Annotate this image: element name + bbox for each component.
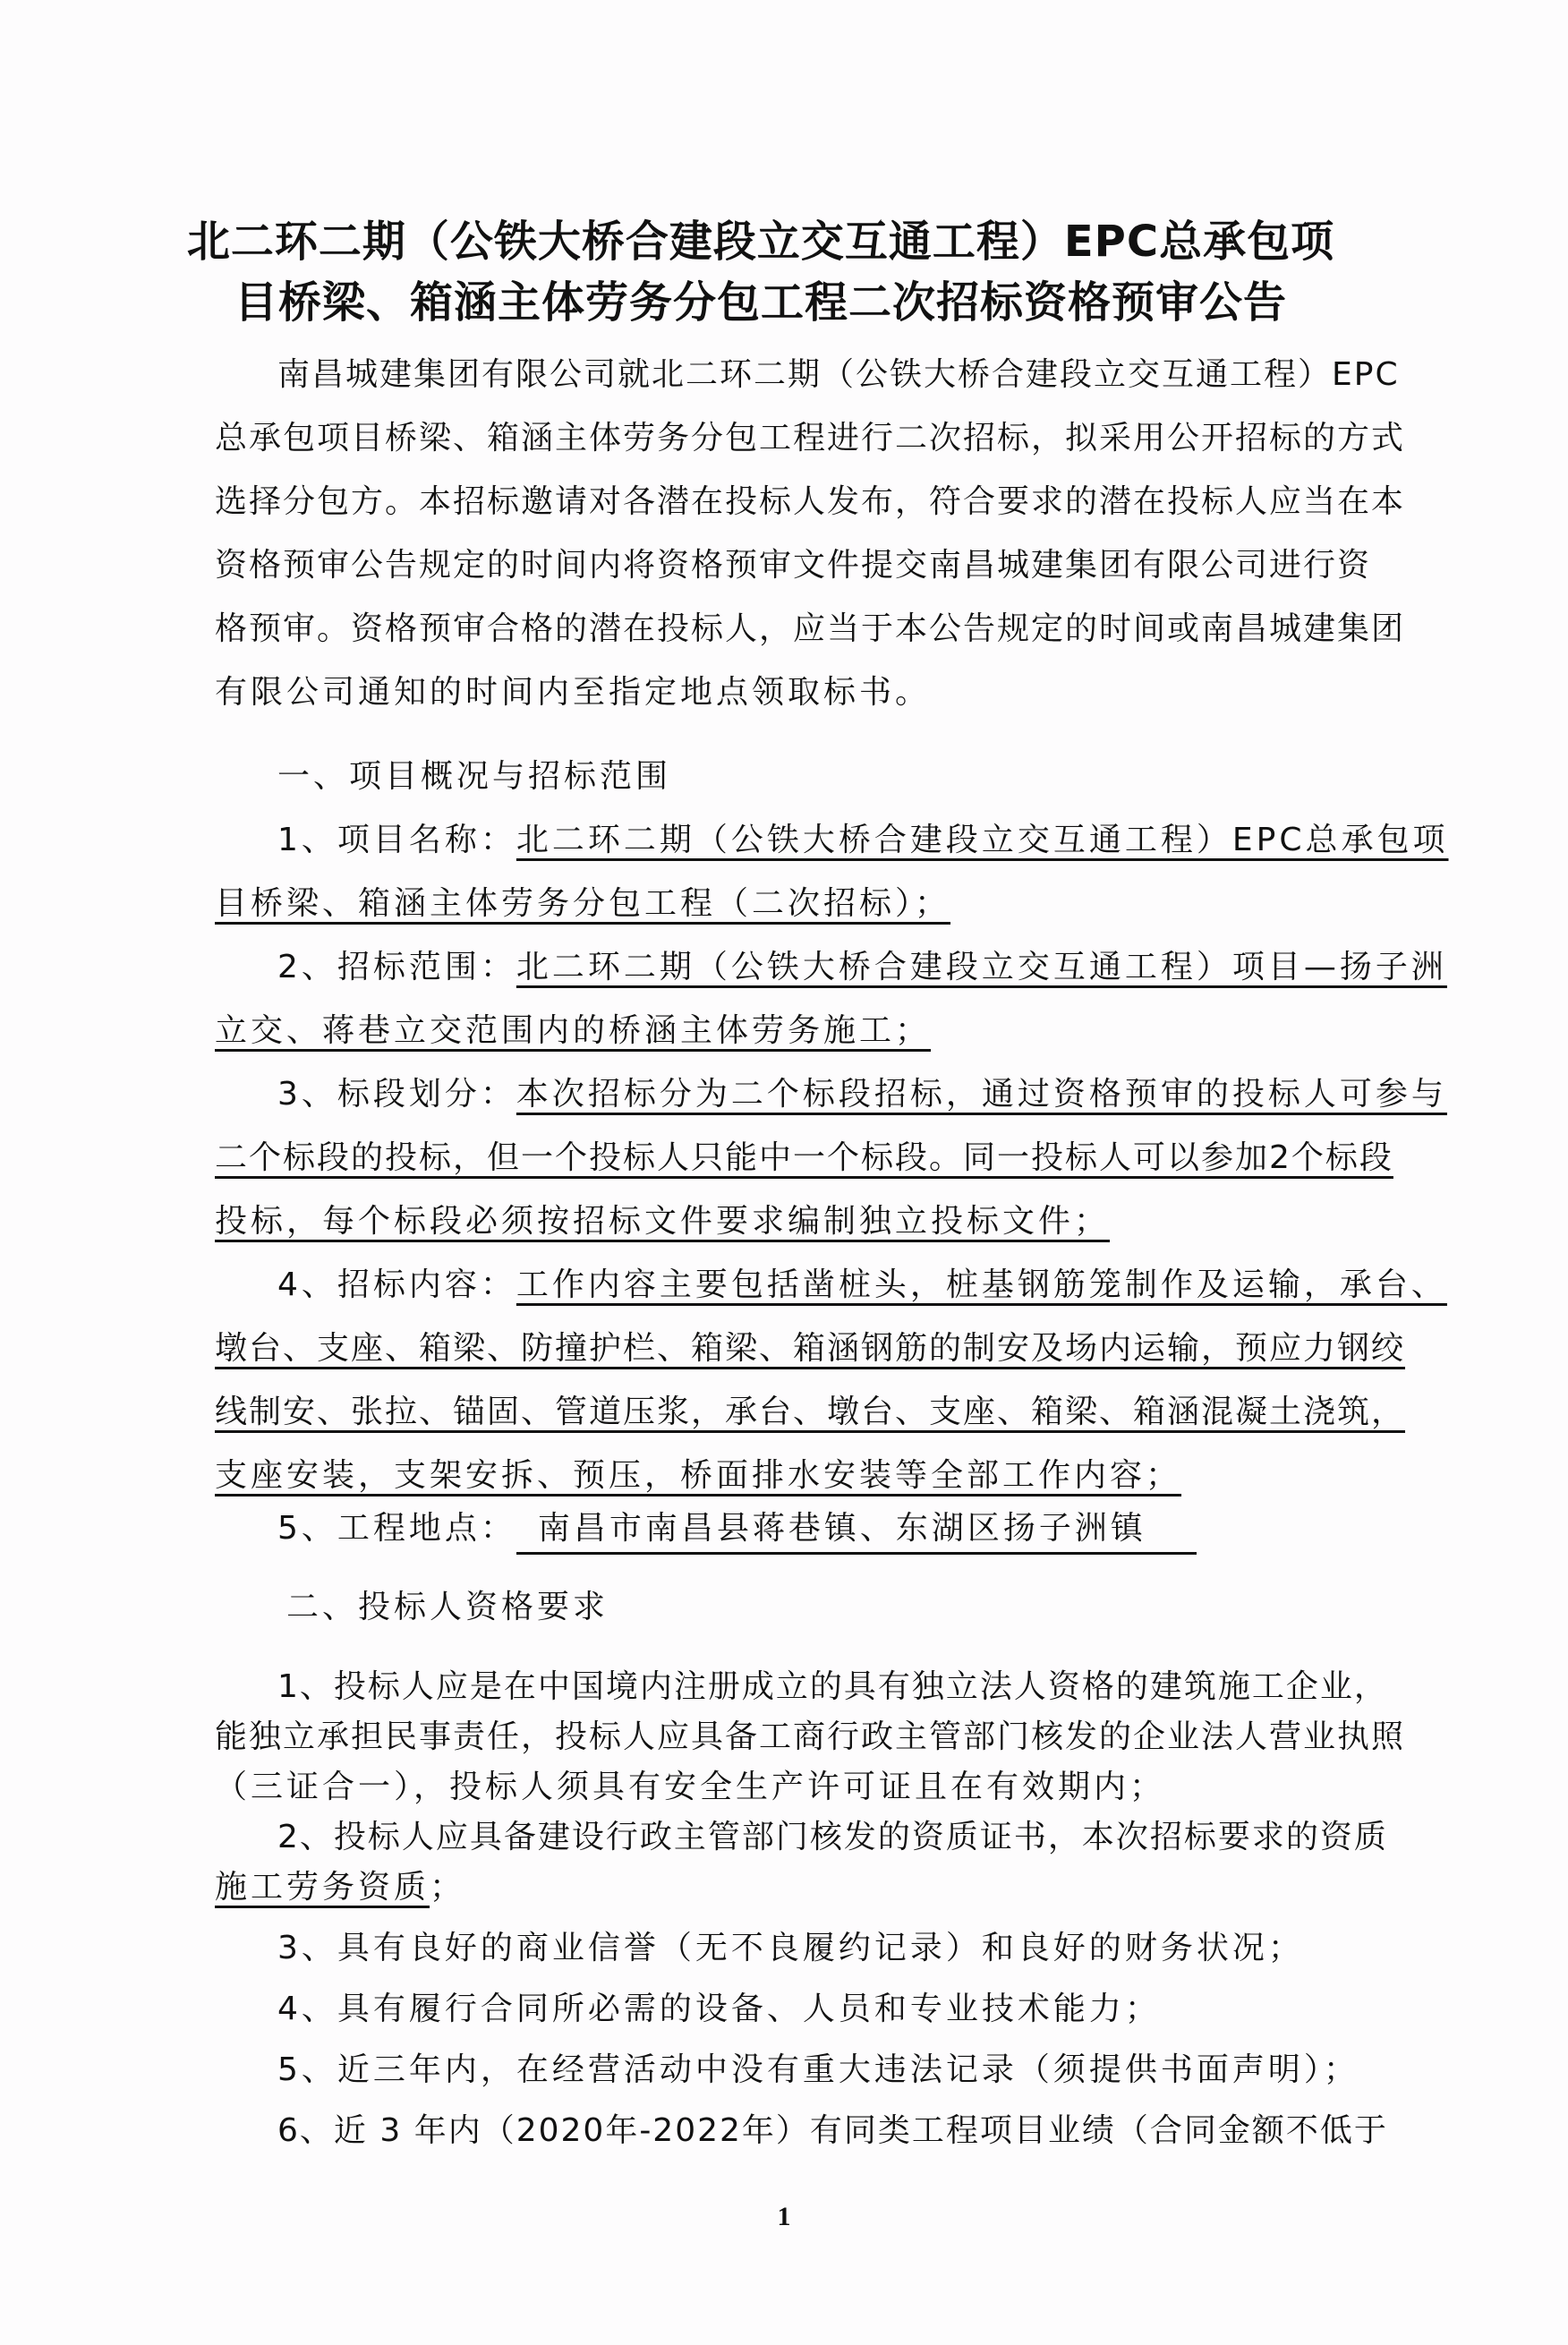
item-label: 3、标段划分： <box>277 1076 516 1113</box>
qualification-line: 5、近三年内，在经营活动中没有重大违法记录（须提供书面声明）； <box>277 2050 1359 2091</box>
item-value-continued: 线制安、张拉、锚固、管道压浆，承台、墩台、支座、箱梁、箱涵混凝土浇筑， <box>215 1392 1334 1433</box>
page-number: 1 <box>0 2202 1568 2232</box>
qualification-line: 2、投标人应具备建设行政主管部门核发的资质证书，本次招标要求的资质 <box>277 1817 1334 1858</box>
item-value: 工作内容主要包括凿桩头，桩基钢筋笼制作及运输，承台、 <box>516 1266 1447 1303</box>
item-value-continued: 支座安装，支架安拆、预压，桥面排水安装等全部工作内容； <box>215 1455 1181 1497</box>
item-tender-scope: 2、招标范围：北二环二期（公铁大桥合建段立交互通工程）项目—扬子洲 <box>277 947 1447 988</box>
intro-line: 选择分包方。本招标邀请对各潜在投标人发布，符合要求的潜在投标人应当在本 <box>215 482 1334 523</box>
intro-line: 总承包项目桥梁、箱涵主体劳务分包工程进行二次招标，拟采用公开招标的方式 <box>215 418 1334 459</box>
item-value-continued: 立交、蒋巷立交范围内的桥涵主体劳务施工； <box>215 1010 931 1052</box>
qualification-line: 能独立承担民事责任，投标人应具备工商行政主管部门核发的企业法人营业执照 <box>215 1717 1334 1758</box>
item-value: 北二环二期（公铁大桥合建段立交互通工程）项目—扬子洲 <box>516 949 1447 985</box>
required-qualification: 施工劳务资质 <box>215 1869 430 1906</box>
item-tender-content: 4、招标内容：工作内容主要包括凿桩头，桩基钢筋笼制作及运输，承台、 <box>277 1265 1447 1306</box>
qualification-line: 6、近 3 年内（2020年-2022年）有同类工程项目业绩（合同金额不低于 <box>277 2110 1388 2152</box>
intro-line: 格预审。资格预审合格的潜在投标人，应当于本公告规定的时间或南昌城建集团 <box>215 609 1334 650</box>
item-project-name: 1、项目名称：北二环二期（公铁大桥合建段立交互通工程）EPC总承包项 <box>277 820 1449 861</box>
qualification-line: 4、具有履行合同所必需的设备、人员和专业技术能力； <box>277 1989 1161 2030</box>
item-value-continued: 投标，每个标段必须按招标文件要求编制独立投标文件； <box>215 1201 1110 1242</box>
intro-line: 资格预审公告规定的时间内将资格预审文件提交南昌城建集团有限公司进行资 <box>215 545 1334 586</box>
item-label: 1、项目名称： <box>277 822 516 858</box>
item-value-continued: 二个标段的投标，但一个投标人只能中一个标段。同一投标人可以参加2个标段 <box>215 1138 1334 1179</box>
item-value: 北二环二期（公铁大桥合建段立交互通工程）EPC总承包项 <box>516 822 1449 858</box>
qualification-line: 1、投标人应是在中国境内注册成立的具有独立法人资格的建筑施工企业， <box>277 1667 1334 1708</box>
intro-line: 有限公司通知的时间内至指定地点领取标书。 <box>215 672 931 713</box>
document-title-line-2: 目桥梁、箱涵主体劳务分包工程二次招标资格预审公告 <box>179 272 1342 333</box>
document-title-line-1: 北二环二期（公铁大桥合建段立交互通工程）EPC总承包项 <box>179 211 1342 272</box>
item-value-continued: 墩台、支座、箱梁、防撞护栏、箱梁、箱涵钢筋的制安及场内运输，预应力钢绞 <box>215 1328 1334 1369</box>
section-heading-project-overview: 一、项目概况与招标范围 <box>277 756 671 797</box>
item-value: 本次招标分为二个标段招标，通过资格预审的投标人可参与 <box>516 1076 1447 1113</box>
item-value-continued: 目桥梁、箱涵主体劳务分包工程（二次招标）； <box>215 883 950 925</box>
punctuation: ； <box>430 1869 465 1906</box>
item-project-location: 5、工程地点：南昌市南昌县蒋巷镇、东湖区扬子洲镇 <box>277 1508 1197 1555</box>
document-page: 北二环二期（公铁大桥合建段立交互通工程）EPC总承包项 目桥梁、箱涵主体劳务分包… <box>0 0 1568 2345</box>
qualification-line: 3、具有良好的商业信誉（无不良履约记录）和良好的财务状况； <box>277 1928 1304 1969</box>
item-label: 4、招标内容： <box>277 1266 516 1303</box>
intro-line: 南昌城建集团有限公司就北二环二期（公铁大桥合建段立交互通工程）EPC <box>277 354 1334 396</box>
qualification-line: 施工劳务资质； <box>215 1867 465 1908</box>
item-label: 5、工程地点： <box>277 1510 516 1547</box>
item-lot-division: 3、标段划分：本次招标分为二个标段招标，通过资格预审的投标人可参与 <box>277 1074 1447 1115</box>
qualification-line: （三证合一），投标人须具有安全生产许可证且在有效期内； <box>215 1767 1165 1808</box>
section-heading-bidder-qualifications: 二、投标人资格要求 <box>286 1587 609 1628</box>
item-value: 南昌市南昌县蒋巷镇、东湖区扬子洲镇 <box>516 1508 1197 1555</box>
item-label: 2、招标范围： <box>277 949 516 985</box>
